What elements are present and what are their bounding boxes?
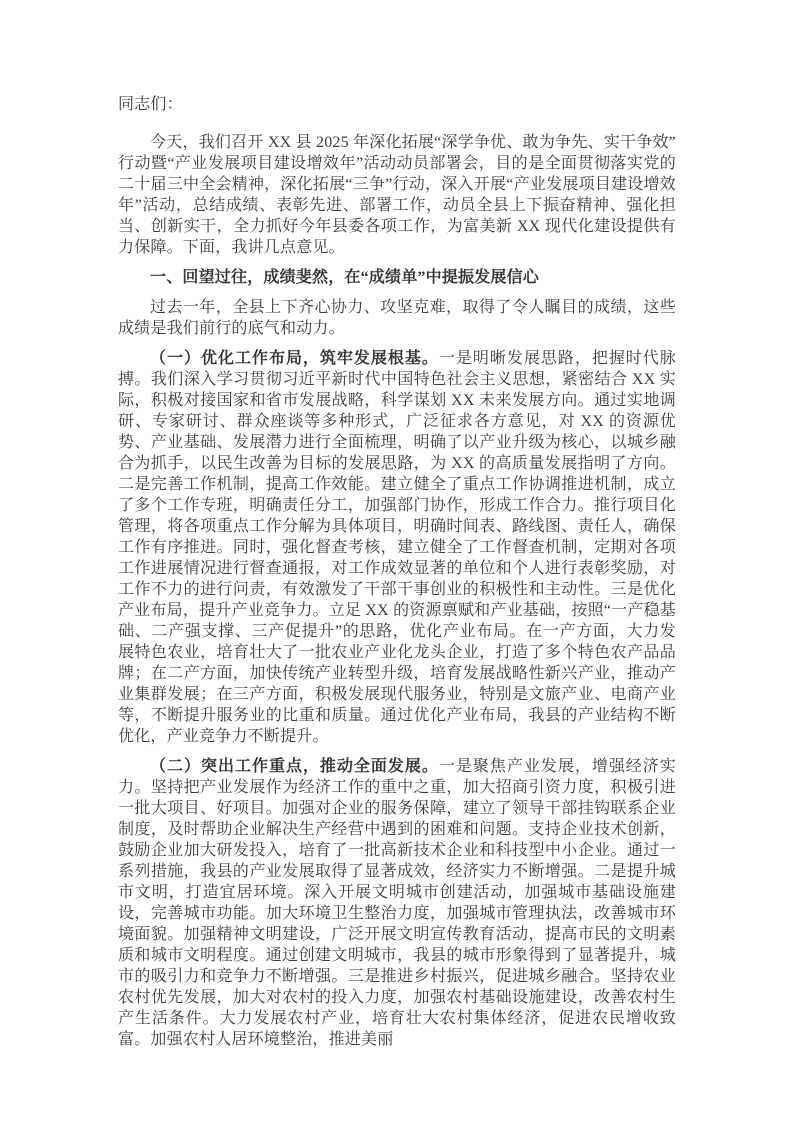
body-paragraph: （二）突出工作重点，推动全面发展。一是聚焦产业发展，增强经济实力。坚持把产业发展… [118, 756, 676, 1050]
section-heading: 一、回望过往，成绩斐然，在“成绩单”中提振发展信心 [118, 267, 676, 288]
salutation: 同志们： [118, 94, 676, 115]
paragraph-bold-lead: （二）突出工作重点，推动全面发展。 [150, 758, 439, 775]
paragraph-text: 一是明晰发展思路，把握时代脉搏。我们深入学习贯彻习近平新时代中国特色社会主义思想… [118, 350, 676, 745]
paragraph-bold-lead: （一）优化工作布局，筑牢发展根基。 [150, 350, 439, 367]
body-paragraph: 过去一年，全县上下齐心协力、攻坚克难，取得了令人瞩目的成绩，这些成绩是我们前行的… [118, 297, 676, 339]
document-page: 同志们：今天，我们召开 XX 县 2025 年深化拓展“深学争优、敢为争先、实干… [0, 0, 793, 1122]
body-paragraph: （一）优化工作布局，筑牢发展根基。一是明晰发展思路，把握时代脉搏。我们深入学习贯… [118, 348, 676, 747]
paragraph-text: 一是聚焦产业发展，增强经济实力。坚持把产业发展作为经济工作的重中之重，加大招商引… [118, 758, 676, 1048]
body-paragraph: 今天，我们召开 XX 县 2025 年深化拓展“深学争优、敢为争先、实干争效”行… [118, 132, 676, 258]
